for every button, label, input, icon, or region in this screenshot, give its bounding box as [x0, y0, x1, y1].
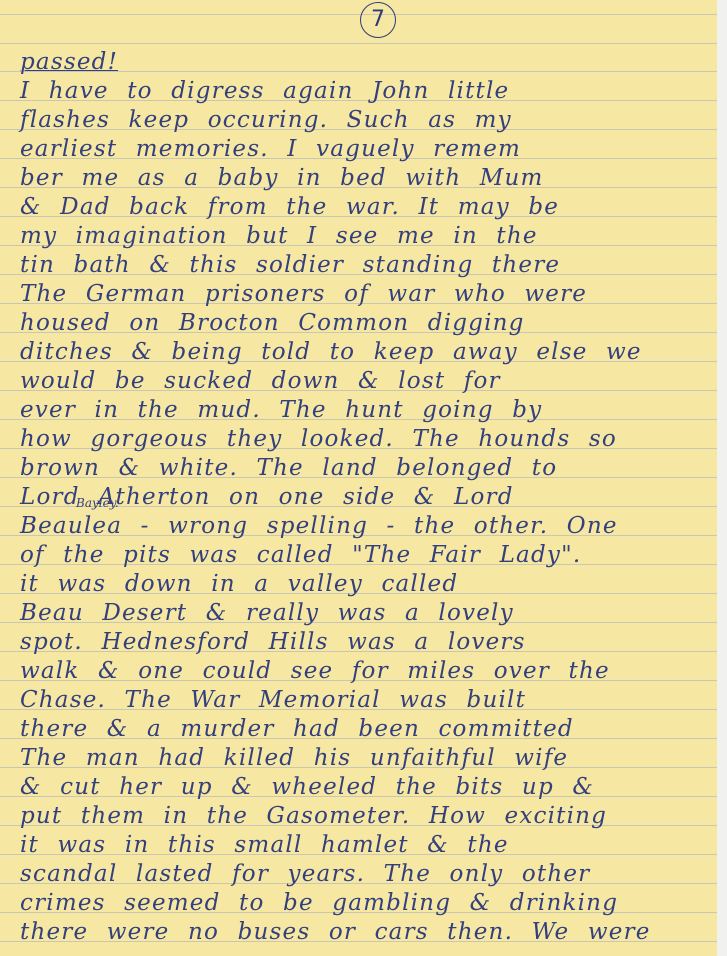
- text-line: The German prisoners of war who were: [20, 280, 710, 309]
- text-line: flashes keep occuring. Such as my: [20, 106, 710, 135]
- text-line: put them in the Gasometer. How exciting: [20, 802, 710, 831]
- text-line: it was in this small hamlet & the: [20, 831, 710, 860]
- text-line: Lord Atherton on one side & Lord: [20, 483, 710, 512]
- inserted-annotation: Bayley.: [76, 496, 119, 510]
- text-line: there & a murder had been committed: [20, 715, 710, 744]
- text-line: it was down in a valley called: [20, 570, 710, 599]
- page-edge: [717, 0, 727, 956]
- text-line: housed on Brocton Common digging: [20, 309, 710, 338]
- text-line: Beau Desert & really was a lovely: [20, 599, 710, 628]
- text-line: ditches & being told to keep away else w…: [20, 338, 710, 367]
- text-line: ber me as a baby in bed with Mum: [20, 164, 710, 193]
- text-line: & Dad back from the war. It may be: [20, 193, 710, 222]
- text-line: I have to digress again John little: [20, 77, 710, 106]
- text-line: crimes seemed to be gambling & drinking: [20, 889, 710, 918]
- text-line: Beaulea - wrong spelling - the other. On…: [20, 512, 710, 541]
- text-line: of the pits was called "The Fair Lady".: [20, 541, 710, 570]
- page-number-circle: 7: [360, 2, 396, 38]
- text-line: spot. Hednesford Hills was a lovers: [20, 628, 710, 657]
- text-line: earliest memories. I vaguely remem: [20, 135, 710, 164]
- text-line: scandal lasted for years. The only other: [20, 860, 710, 889]
- text-line: walk & one could see for miles over the: [20, 657, 710, 686]
- text-line: my imagination but I see me in the: [20, 222, 710, 251]
- text-line: brown & white. The land belonged to: [20, 454, 710, 483]
- text-line: The man had killed his unfaithful wife: [20, 744, 710, 773]
- notepad-page: 7 passed! I have to digress again John l…: [0, 0, 717, 956]
- text-line: Chase. The War Memorial was built: [20, 686, 710, 715]
- text-line: ever in the mud. The hunt going by: [20, 396, 710, 425]
- text-line: & cut her up & wheeled the bits up &: [20, 773, 710, 802]
- text-line: would be sucked down & lost for: [20, 367, 710, 396]
- text-line: how gorgeous they looked. The hounds so: [20, 425, 710, 454]
- text-line: passed!: [20, 48, 710, 77]
- handwritten-text: passed! I have to digress again John lit…: [20, 48, 710, 947]
- text-line: there were no buses or cars then. We wer…: [20, 918, 710, 947]
- text-line: tin bath & this soldier standing there: [20, 251, 710, 280]
